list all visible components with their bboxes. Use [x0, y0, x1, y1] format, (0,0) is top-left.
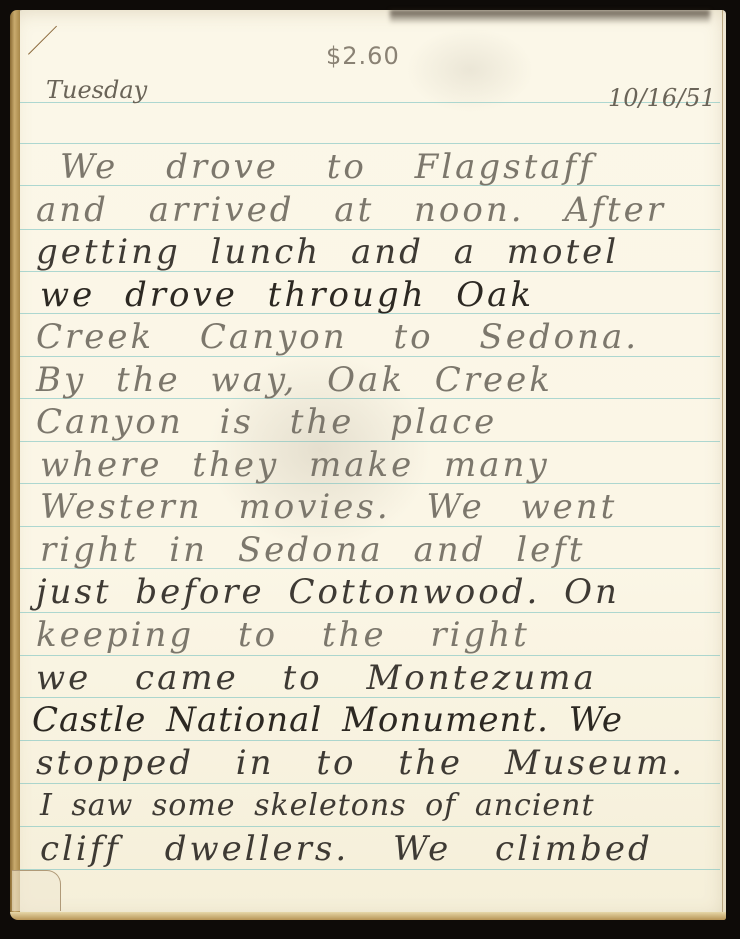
diary-line-16: I saw some skeletons of ancient [40, 786, 720, 826]
ruled-line [20, 826, 720, 827]
diary-line-17: cliff dwellers. We climbed [40, 829, 720, 869]
diary-line-7: Canyon is the place [36, 402, 716, 442]
diary-line-5: Creek Canyon to Sedona. [36, 317, 716, 357]
diary-line-9: Western movies. We went [40, 487, 720, 527]
diary-line-11: just before Cottonwood. On [36, 572, 716, 612]
notebook-page: $2.60 Tuesday 10/16/51 We drove to Flags… [10, 10, 726, 920]
page-bottom-edge [10, 912, 726, 920]
diary-line-13: we came to Montezuma [36, 658, 716, 698]
ruled-line [20, 783, 720, 784]
diary-line-10: right in Sedona and left [40, 530, 720, 570]
ruled-line [20, 612, 720, 613]
diary-line-1: We drove to Flagstaff [60, 147, 740, 187]
torn-corner-tab [12, 870, 61, 911]
entry-day: Tuesday [46, 76, 147, 104]
diary-line-14: Castle National Monument. We [32, 700, 712, 740]
expense-amount: $2.60 [326, 42, 400, 70]
diary-line-4: we drove through Oak [40, 275, 720, 315]
ruled-line [20, 143, 720, 144]
ink-smudge [390, 10, 710, 24]
notebook-binding [10, 10, 20, 920]
entry-date: 10/16/51 [608, 84, 716, 112]
diary-line-3: getting lunch and a motel [36, 232, 716, 272]
ruled-line [20, 869, 720, 870]
diary-line-6: By the way, Oak Creek [36, 360, 716, 400]
diary-line-2: and arrived at noon. After [36, 190, 716, 230]
ruled-line [20, 740, 720, 741]
scanned-diary-page: $2.60 Tuesday 10/16/51 We drove to Flags… [0, 0, 740, 939]
ruled-line [20, 655, 720, 656]
diary-line-12: keeping to the right [36, 615, 716, 655]
diary-line-8: where they make many [40, 445, 720, 485]
folded-corner [28, 26, 85, 83]
diary-line-15: stopped in to the Museum. [36, 743, 716, 783]
